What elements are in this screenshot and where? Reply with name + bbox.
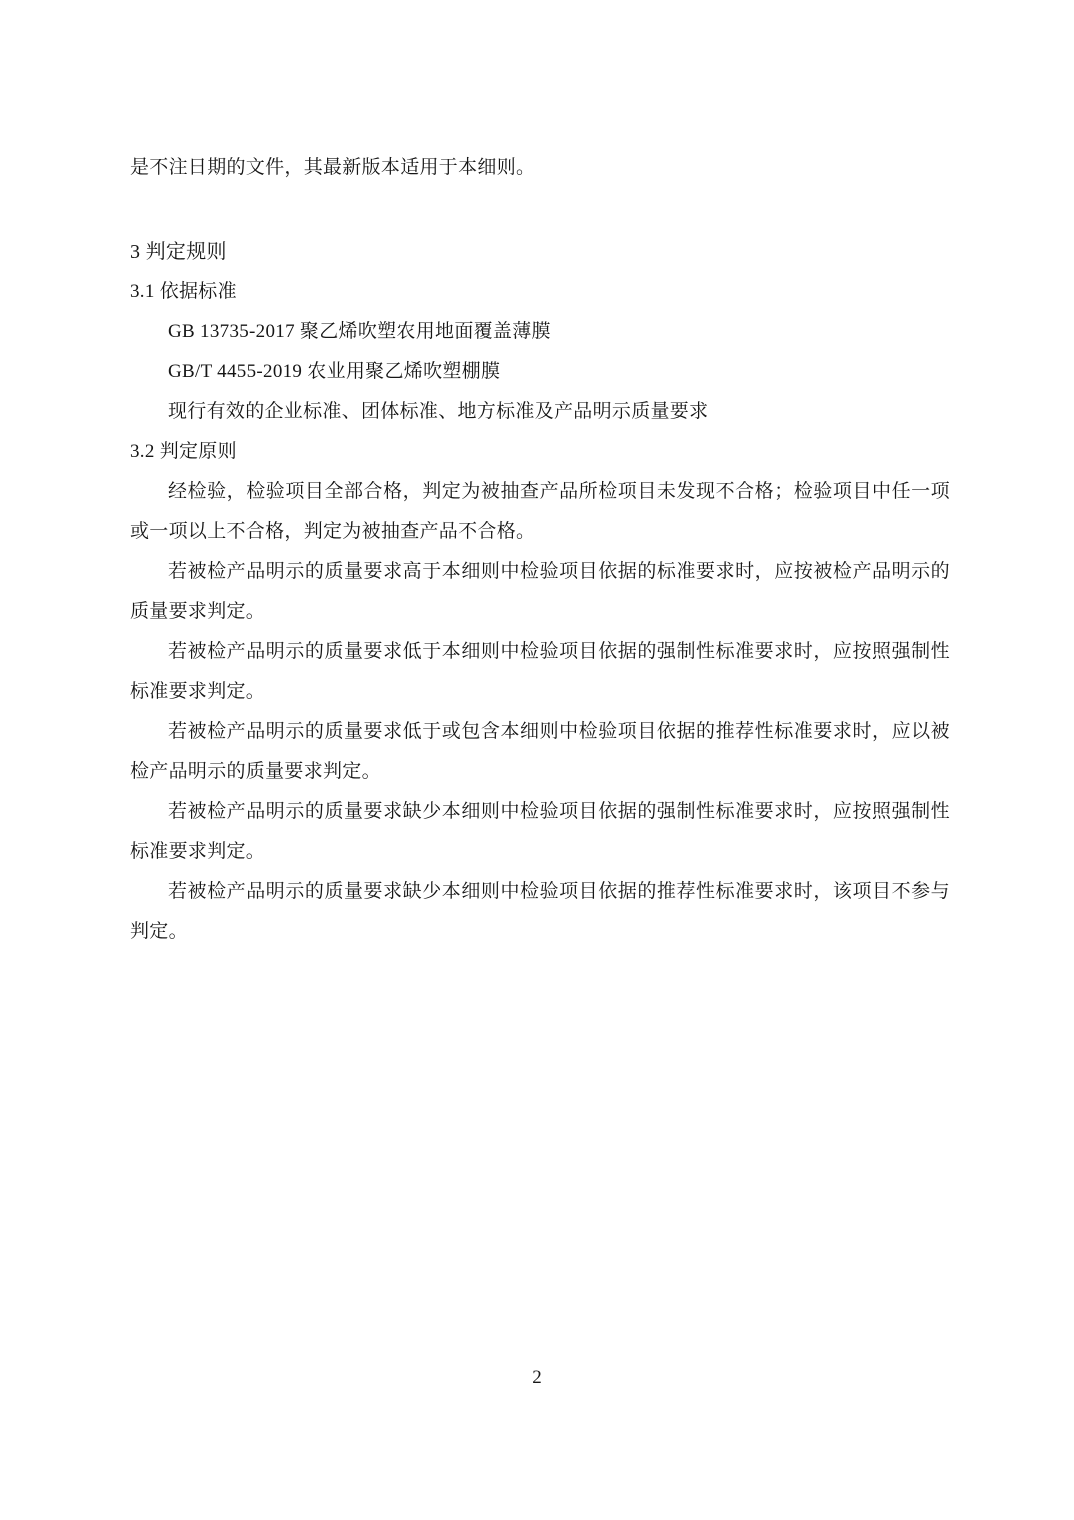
subsection-heading-3-1: 3.1 依据标准 <box>130 272 950 312</box>
page-number: 2 <box>0 1366 1074 1390</box>
paragraph-quality-lower-mandatory: 若被检产品明示的质量要求低于本细则中检验项目依据的强制性标准要求时，应按照强制性… <box>130 632 950 712</box>
document-page: 是不注日期的文件，其最新版本适用于本细则。 3 判定规则 3.1 依据标准 GB… <box>0 0 1074 1520</box>
paragraph-quality-missing-mandatory: 若被检产品明示的质量要求缺少本细则中检验项目依据的强制性标准要求时，应按照强制性… <box>130 792 950 872</box>
paragraph-quality-lower-recommended: 若被检产品明示的质量要求低于或包含本细则中检验项目依据的推荐性标准要求时，应以被… <box>130 712 950 792</box>
standard-reference-gbt4455: GB/T 4455-2019 农业用聚乙烯吹塑棚膜 <box>130 352 950 392</box>
document-content: 是不注日期的文件，其最新版本适用于本细则。 3 判定规则 3.1 依据标准 GB… <box>130 148 950 952</box>
paragraph-quality-missing-recommended: 若被检产品明示的质量要求缺少本细则中检验项目依据的推荐性标准要求时，该项目不参与… <box>130 872 950 952</box>
subsection-heading-3-2: 3.2 判定原则 <box>130 432 950 472</box>
standard-reference-other: 现行有效的企业标准、团体标准、地方标准及产品明示质量要求 <box>130 392 950 432</box>
paragraph-inspection-result: 经检验，检验项目全部合格，判定为被抽查产品所检项目未发现不合格；检验项目中任一项… <box>130 472 950 552</box>
paragraph-quality-higher: 若被检产品明示的质量要求高于本细则中检验项目依据的标准要求时，应按被检产品明示的… <box>130 552 950 632</box>
standard-reference-gb13735: GB 13735-2017 聚乙烯吹塑农用地面覆盖薄膜 <box>130 312 950 352</box>
intro-continuation-line: 是不注日期的文件，其最新版本适用于本细则。 <box>130 148 950 188</box>
section-heading-judgement-rules: 3 判定规则 <box>130 232 950 272</box>
